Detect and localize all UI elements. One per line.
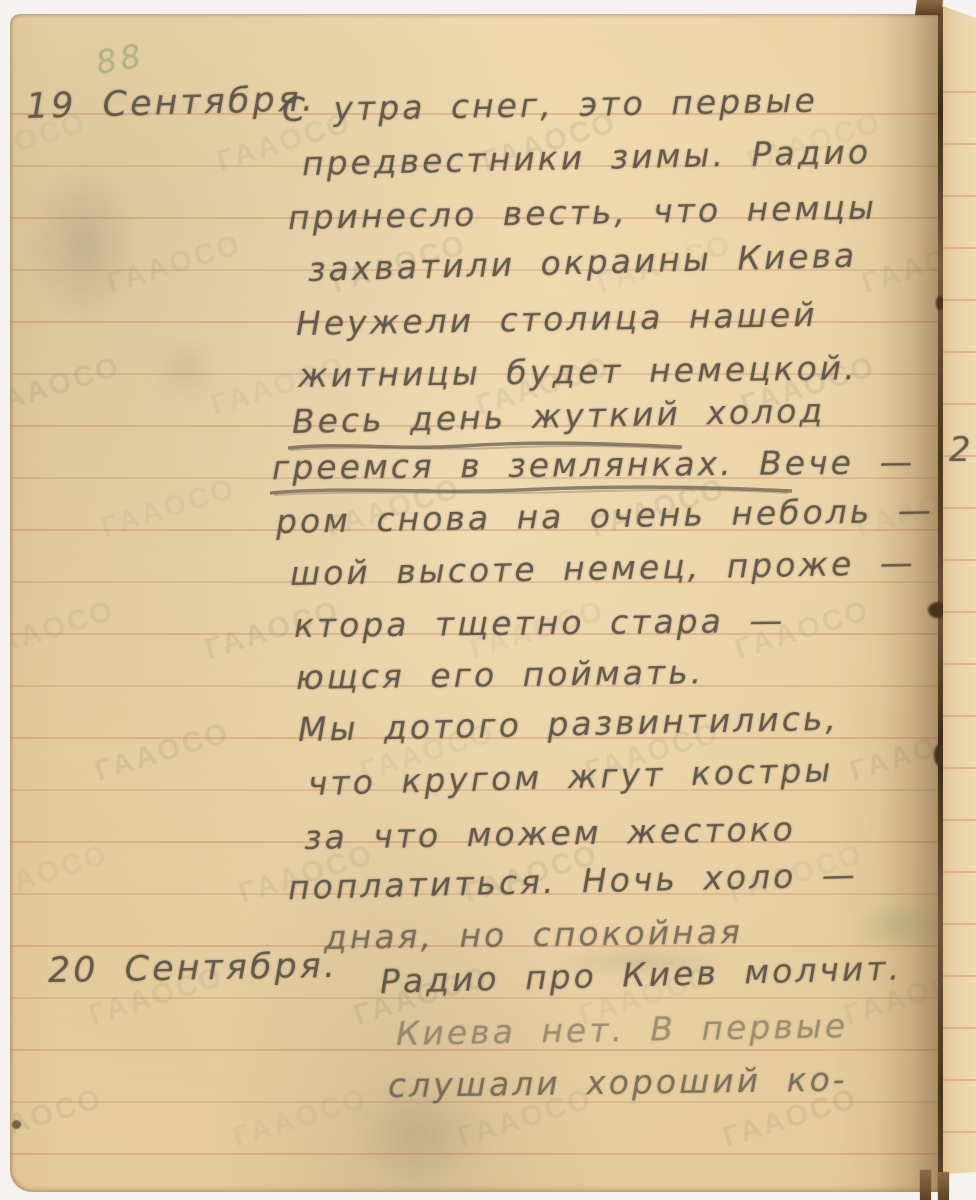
diary-line: Киева нет. В первые (396, 1008, 849, 1053)
page-number-pencil: 88 (93, 36, 148, 82)
diary-page: ГААОСОГААОСОГААОСОГААОСОГААОСОГААОСОГААО… (10, 14, 940, 1192)
diary-line: ктора тщетно стара — (294, 603, 786, 645)
ink-dot-left-edge (12, 1120, 21, 1129)
smudge-top-left (28, 164, 138, 324)
ruled-line (943, 975, 976, 977)
archive-watermark: ГААОСО (97, 472, 240, 544)
diary-line: шой высоте немец, проже — (290, 545, 916, 593)
ruled-line (943, 715, 976, 717)
archive-watermark: ГААОСО (10, 838, 113, 910)
entry-date: 19 Сентября. (25, 80, 316, 127)
diary-line: за что можем жестоко (304, 811, 796, 857)
ruled-line (943, 1131, 976, 1133)
diary-line: что кругом жгут костры (308, 752, 834, 803)
archive-watermark: ГААОСО (10, 350, 125, 422)
diary-line-underlined: Весь день жуткий холод (292, 393, 826, 441)
ruled-line (10, 1153, 940, 1155)
ruled-line (943, 767, 976, 769)
ruled-line (943, 247, 976, 249)
diary-line: С утра снег, это первые (282, 83, 819, 129)
diary-line: житницы будет немецкой. (298, 350, 858, 395)
binding-crease (938, 6, 943, 1186)
ruled-line (943, 923, 976, 925)
ruled-line (943, 299, 976, 301)
smudge-mid-left (150, 334, 220, 404)
binding-tab-top (915, 0, 943, 15)
archive-watermark: ГААОСО (103, 228, 246, 300)
archive-watermark: ГААОСО (229, 1082, 372, 1154)
adjacent-page-text-fragment: 2 (949, 430, 971, 470)
smudge-green-right (844, 896, 940, 955)
ruled-line (943, 1027, 976, 1029)
ruled-line (943, 143, 976, 145)
binding-stain (936, 296, 944, 310)
ruled-line (943, 819, 976, 821)
diary-line-underlined: греемся в землянках. Вече — (272, 444, 916, 487)
ruled-line (943, 871, 976, 873)
adjacent-page-edge: 2 (943, 6, 976, 1174)
diary-line: дная, но спокойная (324, 914, 743, 957)
diary-line: ющся его поймать. (296, 654, 705, 697)
archive-watermark: ГААОСО (858, 228, 940, 300)
diary-line: поплатиться. Ночь холо — (288, 857, 859, 907)
archive-watermark: ГААОСО (846, 716, 940, 788)
ruled-line (943, 559, 976, 561)
ruled-line (943, 663, 976, 665)
ruled-line (943, 195, 976, 197)
archive-watermark: ГААОСО (10, 1082, 107, 1154)
archive-watermark: ГААОСО (10, 594, 119, 666)
ruled-line (943, 91, 976, 93)
diary-line: предвестники зимы. Радио (302, 134, 872, 183)
scan-background: ГААОСОГААОСОГААОСОГААОСОГААОСОГААОСОГААО… (0, 0, 976, 1200)
ruled-line (943, 507, 976, 509)
diary-line: Неужели столица нашей (296, 297, 818, 343)
diary-line: Мы дотого развинтились, (298, 701, 840, 749)
entry-date: 20 Сентября. (48, 947, 339, 991)
diary-line: захватили окраины Киева (308, 238, 858, 289)
diary-line: Радио про Киев молчит. (380, 950, 903, 1001)
ruled-line (943, 351, 976, 353)
ruled-line (943, 403, 976, 405)
binding-tab-bottom (938, 1172, 949, 1200)
diary-line: ром снова на очень неболь — (276, 493, 934, 541)
diary-line: слушали хороший ко- (388, 1062, 848, 1105)
diary-line: принесло весть, что немцы (288, 190, 878, 237)
ruled-line (943, 611, 976, 613)
archive-watermark: ГААОСО (91, 716, 234, 788)
binding-tab-bottom (920, 1170, 931, 1200)
ruled-line (943, 1079, 976, 1081)
